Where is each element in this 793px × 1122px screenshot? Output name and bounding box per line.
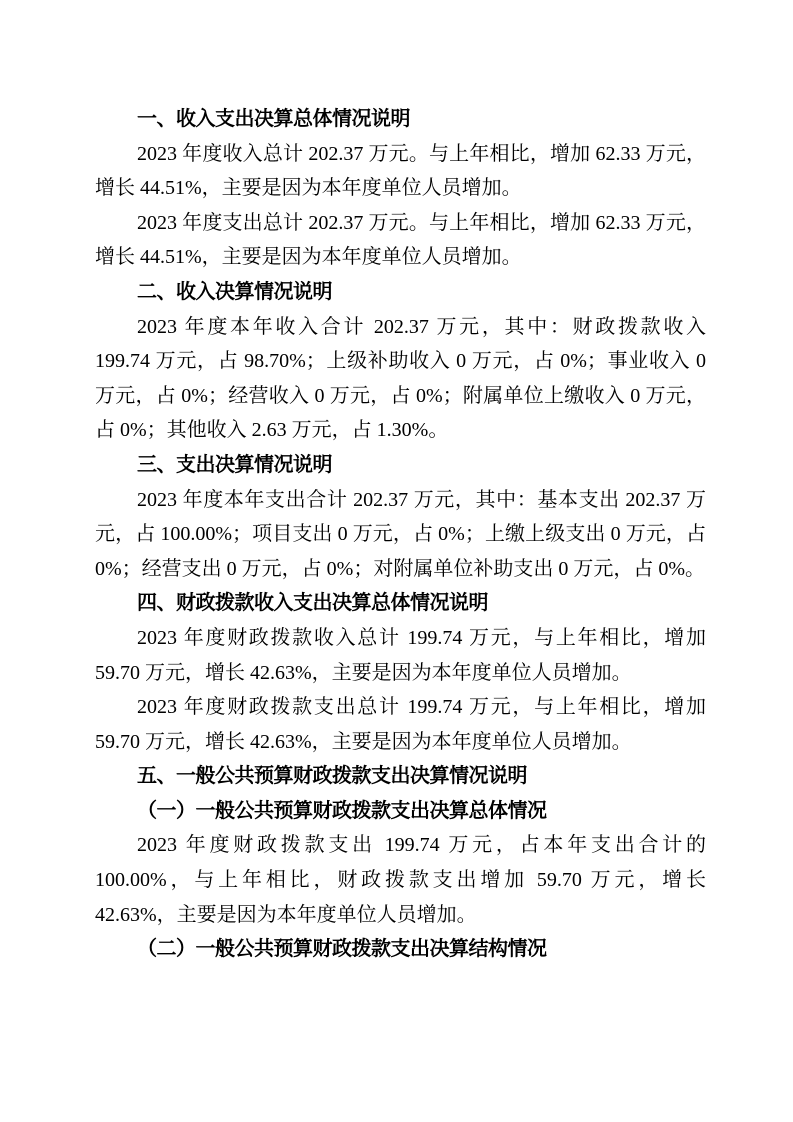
section-4-paragraph-income: 2023 年度财政拨款收入总计 199.74 万元，与上年相比，增加 59.70… xyxy=(95,621,706,690)
section-5-heading: 五、一般公共预算财政拨款支出决算情况说明 xyxy=(95,759,706,794)
section-1-heading: 一、收入支出决算总体情况说明 xyxy=(95,102,706,137)
document-page: 一、收入支出决算总体情况说明 2023 年度收入总计 202.37 万元。与上年… xyxy=(0,0,793,1122)
section-2-heading: 二、收入决算情况说明 xyxy=(95,275,706,310)
section-5-subheading-2: （二）一般公共预算财政拨款支出决算结构情况 xyxy=(95,932,706,967)
section-3-paragraph: 2023 年度本年支出合计 202.37 万元，其中：基本支出 202.37 万… xyxy=(95,483,706,587)
document-body: 一、收入支出决算总体情况说明 2023 年度收入总计 202.37 万元。与上年… xyxy=(95,102,706,967)
section-4-heading: 四、财政拨款收入支出决算总体情况说明 xyxy=(95,586,706,621)
section-5-paragraph: 2023 年度财政拨款支出 199.74 万元，占本年支出合计的 100.00%… xyxy=(95,828,706,932)
section-1-paragraph-expense: 2023 年度支出总计 202.37 万元。与上年相比，增加 62.33 万元，… xyxy=(95,206,706,275)
section-3-heading: 三、支出决算情况说明 xyxy=(95,448,706,483)
section-2-paragraph: 2023 年度本年收入合计 202.37 万元，其中：财政拨款收入 199.74… xyxy=(95,310,706,448)
section-1-paragraph-income: 2023 年度收入总计 202.37 万元。与上年相比，增加 62.33 万元，… xyxy=(95,137,706,206)
section-4-paragraph-expense: 2023 年度财政拨款支出总计 199.74 万元，与上年相比，增加 59.70… xyxy=(95,690,706,759)
section-5-subheading-1: （一）一般公共预算财政拨款支出决算总体情况 xyxy=(95,794,706,829)
